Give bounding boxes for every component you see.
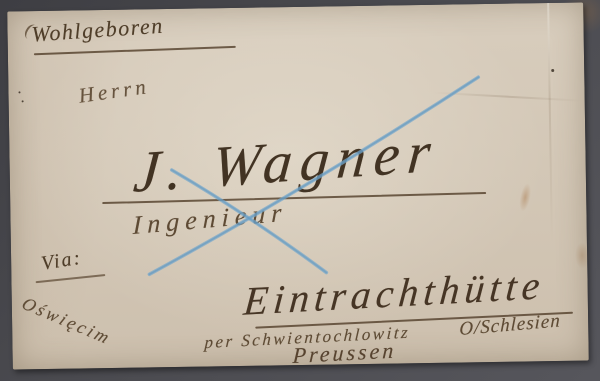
stain-smudge [518,183,533,212]
honorific-underline [34,46,236,55]
addressee-title-text: Ingenieur [133,200,288,239]
ink-speck [18,91,20,93]
country-text: Preussen [292,340,397,367]
ink-speck [551,69,554,72]
stain-smudge-edge [575,242,589,268]
envelope: Wohlgeboren Herrn J. Wagner Ingenieur Vi… [7,2,589,369]
addressee-name-text: J. Wagner [131,123,441,202]
paper-crease-diagonal [433,92,583,102]
honorific-text: Wohlgeboren [31,15,164,46]
paper-crease-vertical [547,3,553,243]
via-place-text: Oświęcim [19,294,115,347]
salutation-text: Herrn [77,76,151,107]
destination-text: Eintrachthütte [242,265,546,322]
via-underline [36,274,106,283]
via-label-text: Via: [40,248,84,274]
photo-mat: Wohlgeboren Herrn J. Wagner Ingenieur Vi… [0,0,600,381]
ink-speck [22,100,24,102]
